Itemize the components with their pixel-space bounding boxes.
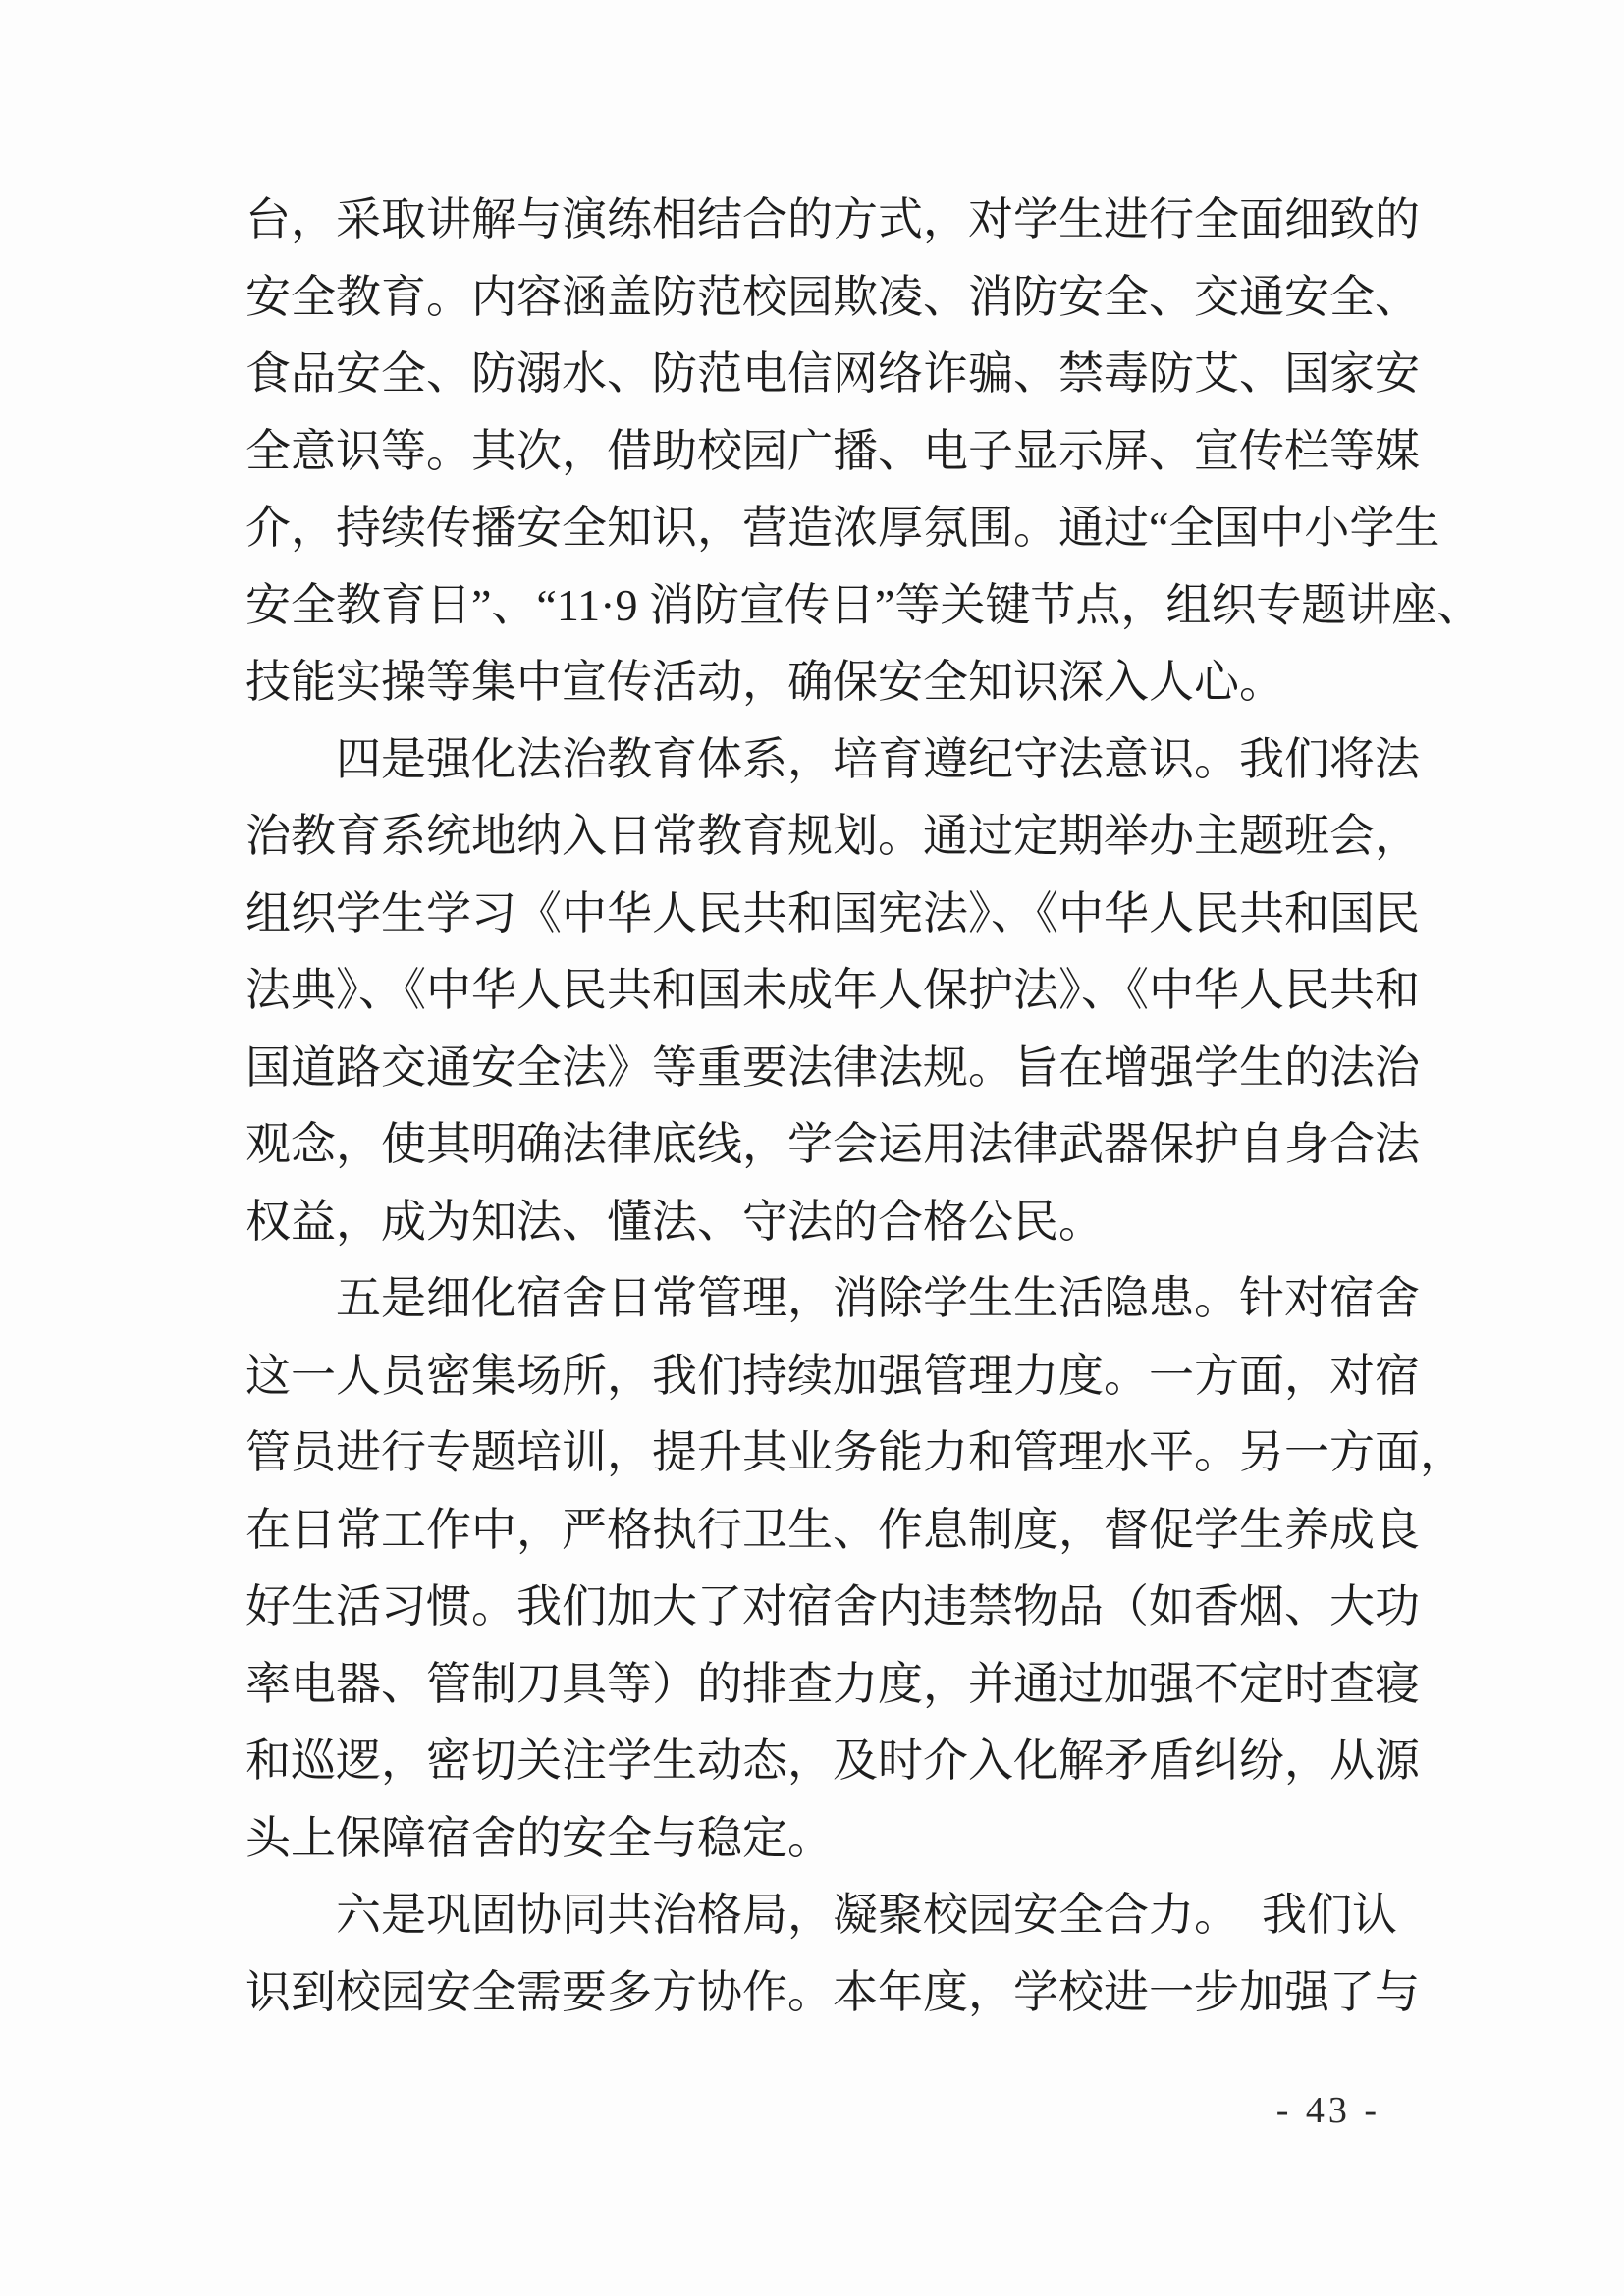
text-line: 国道路交通安全法》等重要法律法规。旨在增强学生的法治 bbox=[245, 1030, 1380, 1107]
text-line: 和巡逻，密切关注学生动态，及时介入化解矛盾纠纷，从源 bbox=[245, 1723, 1380, 1800]
text-line: 这一人员密集场所，我们持续加强管理力度。一方面，对宿 bbox=[245, 1338, 1380, 1415]
text-line: 安全教育。内容涵盖防范校园欺凌、消防安全、交通安全、 bbox=[245, 259, 1380, 337]
text-line: 头上保障宿舍的安全与稳定。 bbox=[245, 1800, 1380, 1878]
text-line: 率电器、管制刀具等）的排查力度，并通过加强不定时查寝 bbox=[245, 1646, 1380, 1724]
document-page: 台，采取讲解与演练相结合的方式，对学生进行全面细致的 安全教育。内容涵盖防范校园… bbox=[0, 0, 1624, 2296]
text-line: 管员进行专题培训，提升其业务能力和管理水平。另一方面， bbox=[245, 1415, 1380, 1492]
text-line: 全意识等。其次，借助校园广播、电子显示屏、宣传栏等媒 bbox=[245, 413, 1380, 491]
text-line: 好生活习惯。我们加大了对宿舍内违禁物品（如香烟、大功 bbox=[245, 1569, 1380, 1646]
text-line: 组织学生学习《中华人民共和国宪法》、《中华人民共和国民 bbox=[245, 876, 1380, 953]
text-line: 安全教育日”、“11·9 消防宣传日”等关键节点，组织专题讲座、 bbox=[245, 567, 1380, 645]
text-line paragraph-start: 六是巩固协同共治格局，凝聚校园安全合力。 我们认 bbox=[245, 1877, 1380, 1954]
text-line: 在日常工作中，严格执行卫生、作息制度，督促学生养成良 bbox=[245, 1492, 1380, 1570]
page-number: - 43 - bbox=[245, 2089, 1380, 2132]
text-line: 技能实操等集中宣传活动，确保安全知识深入人心。 bbox=[245, 644, 1380, 721]
text-line: 权益，成为知法、懂法、守法的合格公民。 bbox=[245, 1184, 1380, 1261]
text-line: 观念，使其明确法律底线，学会运用法律武器保护自身合法 bbox=[245, 1106, 1380, 1184]
text-line paragraph-start: 五是细化宿舍日常管理，消除学生生活隐患。针对宿舍 bbox=[245, 1260, 1380, 1338]
text-line: 治教育系统地纳入日常教育规划。通过定期举办主题班会， bbox=[245, 798, 1380, 876]
text-line paragraph-start: 四是强化法治教育体系，培育遵纪守法意识。我们将法 bbox=[245, 721, 1380, 799]
text-line: 介，持续传播安全知识，营造浓厚氛围。通过“全国中小学生 bbox=[245, 490, 1380, 567]
document-body: 台，采取讲解与演练相结合的方式，对学生进行全面细致的 安全教育。内容涵盖防范校园… bbox=[245, 182, 1380, 2031]
text-line: 识到校园安全需要多方协作。本年度，学校进一步加强了与 bbox=[245, 1954, 1380, 2032]
text-line: 法典》、《中华人民共和国未成年人保护法》、《中华人民共和 bbox=[245, 952, 1380, 1030]
text-line: 食品安全、防溺水、防范电信网络诈骗、禁毒防艾、国家安 bbox=[245, 336, 1380, 413]
text-line: 台，采取讲解与演练相结合的方式，对学生进行全面细致的 bbox=[245, 182, 1380, 259]
